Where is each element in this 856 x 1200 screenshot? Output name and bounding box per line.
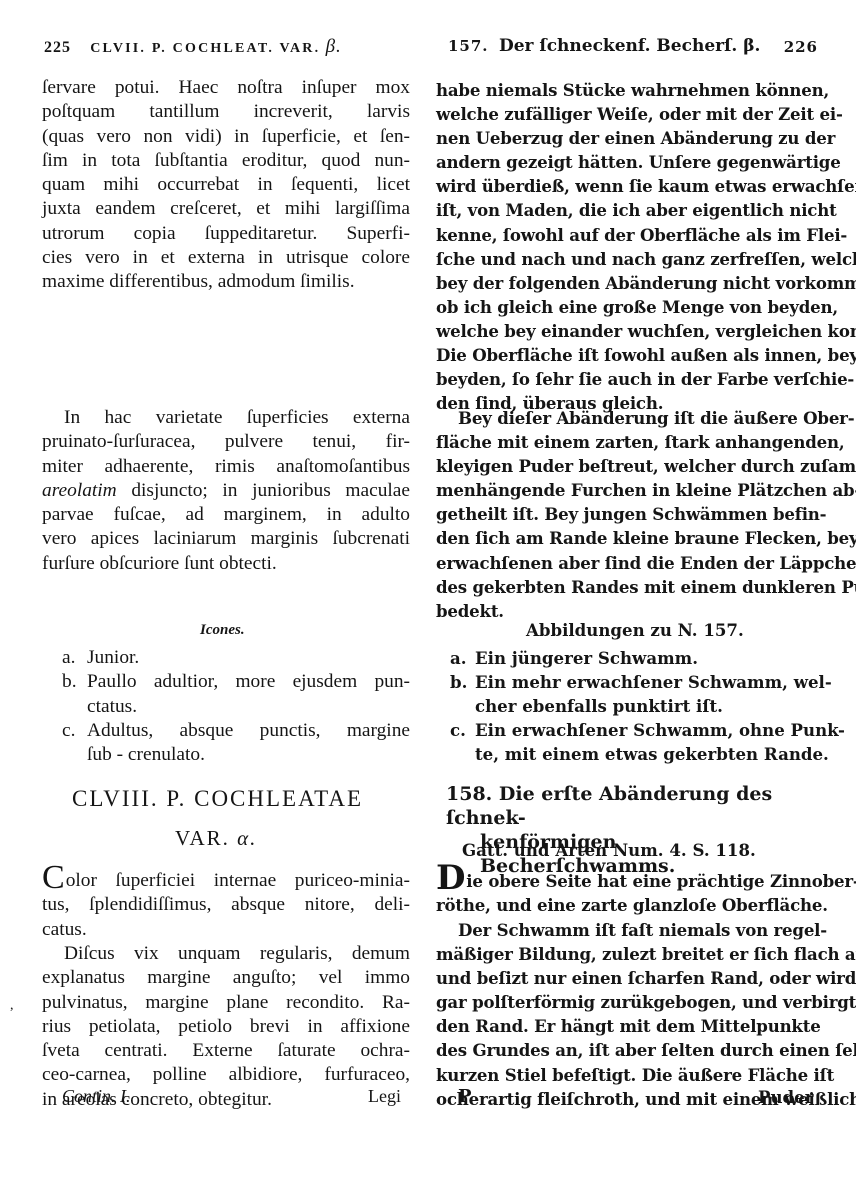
- left-page: 225 CLVII. P. COCHLEAT. VAR. β. ſervare …: [0, 0, 430, 1200]
- item-letter: a.: [62, 646, 87, 670]
- text-line: Ein jüngerer Schwamm.: [475, 646, 806, 670]
- text-line: iſt, von Maden, die ich aber eigentlich …: [436, 198, 806, 222]
- text-line: areolatim disjuncto; in junioribus macul…: [42, 479, 410, 503]
- text-line: ctatus.: [87, 695, 410, 719]
- text-line: rius petiolata, petiolo brevi in affixio…: [42, 1015, 410, 1039]
- text-line: des gekerbten Randes mit einem dunkleren…: [436, 575, 806, 599]
- text-line: juxta eandem creſceret, et mihi largiſſi…: [42, 197, 410, 221]
- item-letter: c.: [450, 718, 475, 766]
- text-line: ſche und nach und nach ganz zerfreſſen, …: [436, 247, 806, 271]
- section-subtitle-var: VAR. α.: [175, 826, 257, 851]
- text-line: ocherartig fleiſchroth, und mit einem we…: [436, 1087, 806, 1111]
- running-head-number: 157.: [448, 37, 489, 55]
- italic-term: areolatim: [42, 480, 117, 501]
- text-line: kenne, ſowohl auf der Oberfläche als im …: [436, 223, 806, 247]
- drop-cap: C: [42, 859, 65, 896]
- text-line: vero apices laciniarum marginis ſubcrena…: [42, 527, 410, 551]
- text-line: erwachſenen aber ſind die Enden der Läpp…: [436, 551, 806, 575]
- signature-mark-right: P: [458, 1086, 472, 1107]
- text-line: cies vero in et externa in utrisque colo…: [42, 246, 410, 270]
- text-line: röthe, und eine zarte glanzloſe Oberfläc…: [436, 893, 806, 917]
- item-letter: c.: [62, 719, 87, 768]
- text-line: Die Oberfläche iſt ſowohl außen als inne…: [436, 343, 806, 367]
- variety-greek: α.: [237, 826, 257, 850]
- german-paragraph-4: Der Schwamm iſt faſt niemals von regel- …: [436, 918, 806, 1111]
- variety-label: VAR.: [175, 826, 230, 850]
- text-line: Adultus, absque punctis, margine: [87, 719, 410, 743]
- text-line: habe niemals Stücke wahrnehmen können,: [436, 78, 806, 102]
- text-line: parvae fuſcae, ad marginem, in adulto: [42, 503, 410, 527]
- item-letter: b.: [450, 670, 475, 718]
- text-line: Ein mehr erwachſener Schwamm, wel-: [475, 670, 832, 694]
- german-paragraph-2: Bey dieſer Abänderung iſt die äußere Obe…: [436, 406, 806, 623]
- genus-reference: Gatt. und Arten Num. 4. S. 118.: [462, 840, 756, 860]
- text-line: miter adhaerente, rimis anaſtomoſantibus: [42, 455, 410, 479]
- text-line: Bey dieſer Abänderung iſt die äußere Obe…: [436, 406, 806, 430]
- section-heading-158: 158. Die erſte Abänderung des ſchnek- ke…: [446, 782, 806, 878]
- item-letter: b.: [62, 670, 87, 719]
- text-line: ſim in tota ſubſtantia eroditur, quod nu…: [42, 149, 410, 173]
- text-line: Paullo adultior, more ejusdem pun-: [87, 670, 410, 694]
- text-line: welche zufälliger Weiſe, oder mit der Ze…: [436, 102, 806, 126]
- german-paragraph-3: Die obere Seite hat eine prächtige Zinno…: [436, 868, 806, 917]
- running-head-right: 157. Der ſchneckenf. Becherſ. β. 226: [448, 36, 818, 56]
- icones-list: a. Junior. b. Paullo adultior, more ejus…: [62, 646, 410, 767]
- text-line: den ſich am Rande kleine braune Flecken,…: [436, 526, 806, 550]
- latin-paragraph-3: Color ſuperficiei internae puriceo-minia…: [42, 868, 410, 942]
- text-line: andern gezeigt hätten. Unſere gegenwärti…: [436, 150, 806, 174]
- text-line: kleyigen Puder beſtreut, welcher durch z…: [436, 454, 806, 478]
- catchword-left: Legi: [368, 1086, 401, 1107]
- text-line: tus, ſplendidiſſimus, absque nitore, del…: [42, 893, 410, 917]
- text-line: furſure obſcuriore ſunt obtecti.: [42, 552, 410, 576]
- heading-line: 158. Die erſte Abänderung des ſchnek-: [446, 783, 772, 829]
- running-head-title-right: Der ſchneckenf. Becherſ. β.: [499, 36, 761, 56]
- latin-paragraph-2: In hac varietate ſuperficies externa pru…: [42, 406, 410, 576]
- text-line: fläche mit einem zarten, ſtark anhangend…: [436, 430, 806, 454]
- text-line: kurzen Stiel befeſtigt. Die äußere Fläch…: [436, 1063, 806, 1087]
- text-line: Color ſuperficiei internae puriceo-minia…: [42, 868, 410, 893]
- icones-heading: Icones.: [200, 622, 245, 639]
- text-line: In hac varietate ſuperficies externa: [42, 406, 410, 430]
- running-head-title-left: CLVII. P. COCHLEAT. VAR.: [90, 41, 320, 56]
- text-line: wird überdieß, wenn ſie kaum etwas erwac…: [436, 174, 806, 198]
- drop-cap: D: [436, 858, 465, 898]
- running-head-left: 225 CLVII. P. COCHLEAT. VAR. β.: [44, 36, 342, 58]
- text-line: quam mihi occurrebat in ſequenti, licet: [42, 173, 410, 197]
- text-fragment: olor ſuperficiei internae puriceo-minia-: [66, 870, 410, 891]
- text-line: des Grundes an, iſt aber ſelten durch ei…: [436, 1038, 806, 1062]
- text-line: Diſcus vix unquam regularis, demum: [42, 942, 410, 966]
- icones-item-a: a. Junior.: [62, 646, 410, 670]
- text-line: ob ich gleich eine große Menge von beyde…: [436, 295, 806, 319]
- abbildungen-item-a: a. Ein jüngerer Schwamm.: [450, 646, 806, 670]
- signature-mark-left: Contin. I.: [62, 1086, 131, 1107]
- german-paragraph-1: habe niemals Stücke wahrnehmen können, w…: [436, 78, 806, 415]
- text-line: te, mit einem etwas gekerbten Rande.: [475, 742, 845, 766]
- text-line: maxime differentibus, admodum ſimilis.: [42, 270, 410, 294]
- text-line: pulvinatus, margine plane recondito. Ra-: [42, 991, 410, 1015]
- icones-item-c: c. Adultus, absque punctis, margine ſub …: [62, 719, 410, 768]
- text-line: bey der folgenden Abänderung nicht vorko…: [436, 271, 806, 295]
- text-line: menhängende Furchen in kleine Plätzchen …: [436, 478, 806, 502]
- abbildungen-heading: Abbildungen zu N. 157.: [526, 620, 744, 640]
- running-head-greek-left: β.: [326, 36, 342, 57]
- section-title-clviii: CLVIII. P. COCHLEATAE: [72, 786, 363, 812]
- abbildungen-list: a. Ein jüngerer Schwamm. b. Ein mehr erw…: [450, 646, 806, 766]
- text-line: den Rand. Er hängt mit dem Mittelpunkte: [436, 1014, 806, 1038]
- text-line: Ein erwachſener Schwamm, ohne Punk-: [475, 718, 845, 742]
- text-line: ſub - crenulato.: [87, 743, 410, 767]
- text-line: cher ebenfalls punktirt iſt.: [475, 694, 832, 718]
- text-fragment: disjuncto; in junioribus maculae: [131, 480, 410, 501]
- text-line: getheilt iſt. Bey jungen Schwämmen befin…: [436, 502, 806, 526]
- right-page: 157. Der ſchneckenf. Becherſ. β. 226 hab…: [428, 0, 856, 1200]
- text-line: catus.: [42, 918, 410, 942]
- text-line: utrorum copia ſuppeditaretur. Superfi-: [42, 222, 410, 246]
- catchword-right: Puder: [758, 1087, 813, 1107]
- text-fragment: ie obere Seite hat eine prächtige Zinnob…: [466, 871, 856, 891]
- stray-ink-mark: ,: [10, 998, 14, 1014]
- icones-item-b: b. Paullo adultior, more ejusdem pun- ct…: [62, 670, 410, 719]
- text-line: mäßiger Bildung, zulezt breitet er ſich …: [436, 942, 806, 966]
- abbildungen-item-b: b. Ein mehr erwachſener Schwamm, wel- ch…: [450, 670, 806, 718]
- text-line: ſervare potui. Haec noſtra inſuper mox: [42, 76, 410, 100]
- text-line: explanatus margine anguſto; vel immo: [42, 966, 410, 990]
- text-line: Die obere Seite hat eine prächtige Zinno…: [436, 868, 806, 893]
- item-letter: a.: [450, 646, 475, 670]
- text-line: Junior.: [87, 646, 410, 670]
- text-line: Der Schwamm iſt faſt niemals von regel-: [436, 918, 806, 942]
- page-number-left: 225: [44, 39, 71, 56]
- text-line: und beſizt nur einen ſcharfen Rand, oder…: [436, 966, 806, 990]
- text-line: pruinato-ſurſuracea, pulvere tenui, fir-: [42, 430, 410, 454]
- text-line: nen Ueberzug der einen Abänderung zu der: [436, 126, 806, 150]
- abbildungen-item-c: c. Ein erwachſener Schwamm, ohne Punk- t…: [450, 718, 806, 766]
- latin-paragraph-1: ſervare potui. Haec noſtra inſuper mox p…: [42, 76, 410, 295]
- text-line: ſveta centrati. Externe ſaturate ochra-: [42, 1039, 410, 1063]
- text-line: beyden, ſo ſehr ſie auch in der Farbe ve…: [436, 367, 806, 391]
- text-line: welche bey einander wuchſen, vergleichen…: [436, 319, 806, 343]
- text-line: poſtquam tantillum increverit, larvis: [42, 100, 410, 124]
- page-number-right: 226: [784, 38, 818, 56]
- text-line: gar polſterförmig zurükgebogen, und verb…: [436, 990, 806, 1014]
- text-line: (quas vero non vidi) in ſuperficie, et ſ…: [42, 125, 410, 149]
- text-line: ceo-carnea, polline albidiore, furfurace…: [42, 1063, 410, 1087]
